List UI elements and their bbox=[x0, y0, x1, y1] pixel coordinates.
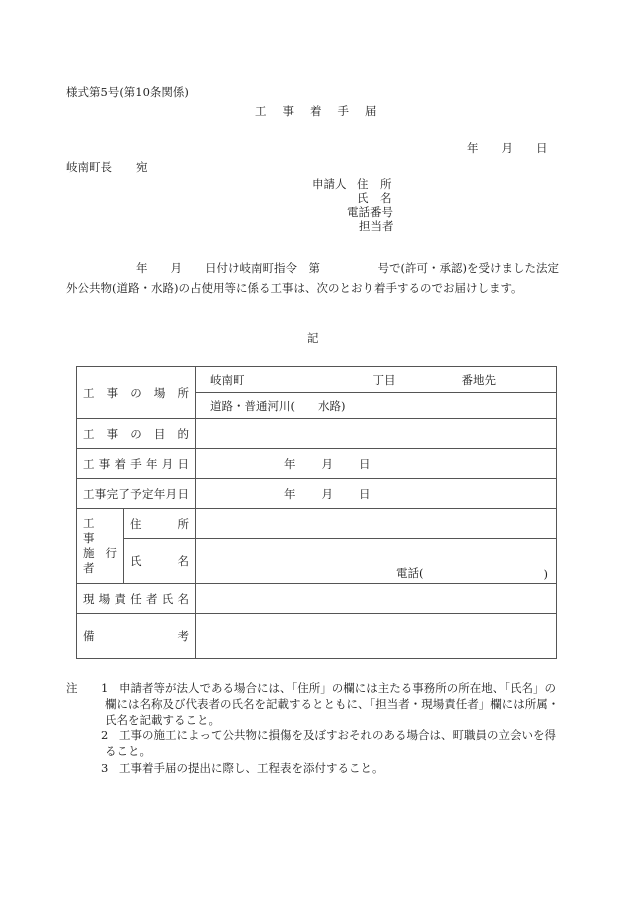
location-label-cell: 工事の場所 bbox=[77, 367, 196, 419]
contractor-name-label: 氏 名 bbox=[130, 553, 189, 569]
purpose-label-cell: 工事の目的 bbox=[77, 419, 196, 449]
contractor-address-label: 住 所 bbox=[130, 516, 189, 532]
contractor-address-input-cell[interactable] bbox=[196, 509, 557, 539]
end-date-label-cell: 工事完了予定年月日 bbox=[77, 479, 196, 509]
title-char: 工 bbox=[255, 106, 267, 118]
start-date-label-cell: 工事着手年月日 bbox=[77, 449, 196, 479]
remarks-label: 備考 bbox=[83, 628, 189, 644]
form-number: 様式第5号(第10条関係) bbox=[66, 87, 189, 99]
location-waterway-cell[interactable]: 道路・普通河川( 水路) bbox=[196, 393, 557, 419]
site-manager-label: 現場責任者氏名 bbox=[83, 591, 189, 607]
day-label: 日 bbox=[359, 487, 371, 501]
site-manager-label-cell: 現場責任者氏名 bbox=[77, 584, 196, 614]
year-label: 年 bbox=[284, 487, 296, 501]
note-text-1: 申請者等が法人である場合には、「住所」の欄には主たる事務所の所在地、「氏名」の欄… bbox=[105, 680, 560, 728]
remarks-input-cell[interactable] bbox=[196, 614, 557, 659]
contractor-label-line1: 工 事 bbox=[83, 516, 117, 546]
start-date-input-cell[interactable]: 年月日 bbox=[196, 449, 557, 479]
town-label: 岐南町 bbox=[210, 373, 245, 387]
banchi-label: 番地先 bbox=[462, 372, 497, 388]
location-label: 工事の場所 bbox=[83, 385, 189, 401]
title-char: 届 bbox=[365, 106, 377, 118]
remarks-label-cell: 備考 bbox=[77, 614, 196, 659]
ki-heading: 記 bbox=[307, 333, 319, 345]
site-manager-input-cell[interactable] bbox=[196, 584, 557, 614]
applicant-address-label[interactable]: 住 所 bbox=[357, 179, 392, 191]
month-label: 月 bbox=[502, 143, 514, 155]
purpose-label: 工事の目的 bbox=[83, 426, 189, 442]
day-label: 日 bbox=[359, 457, 371, 471]
year-label: 年 bbox=[284, 457, 296, 471]
end-date-input-cell[interactable]: 年月日 bbox=[196, 479, 557, 509]
month-label: 月 bbox=[322, 487, 334, 501]
submission-date[interactable]: 年月日 bbox=[467, 143, 548, 155]
addressee: 岐南町長宛 bbox=[66, 162, 148, 174]
construction-form-table: 工事の場所 岐南町 丁目 番地先 道路・普通河川( 水路) 工事の目的 工事着手… bbox=[76, 366, 557, 659]
contractor-label-line2: 施行者 bbox=[83, 546, 117, 576]
chome-label: 丁目 bbox=[373, 372, 396, 388]
contractor-name-label-cell: 氏 名 bbox=[124, 539, 196, 584]
addressee-name: 岐南町長 bbox=[66, 160, 112, 174]
applicant-heading: 申請人 bbox=[312, 179, 347, 191]
month-label: 月 bbox=[322, 457, 334, 471]
body-paragraph: 年 月 日付け岐南町指令 第 号で(許可・承認)を受けました法定外公共物(道路・… bbox=[66, 258, 563, 298]
title-char: 着 bbox=[310, 106, 322, 118]
contractor-name-input-cell[interactable]: 電話( ) bbox=[196, 539, 557, 584]
notes-prefix: 注 bbox=[66, 683, 78, 695]
applicant-contact-label[interactable]: 担当者 bbox=[359, 221, 394, 233]
document-title: 工事着手届 bbox=[255, 106, 377, 118]
phone-label: 電話( bbox=[396, 565, 424, 581]
title-char: 事 bbox=[283, 106, 295, 118]
applicant-name-label[interactable]: 氏 名 bbox=[357, 193, 392, 205]
phone-close: ) bbox=[544, 567, 549, 581]
addressee-suffix: 宛 bbox=[136, 162, 148, 174]
note-text-2: 工事の施工によって公共物に損傷を及ぼすおそれのある場合は、町職員の立会いを得るこ… bbox=[105, 727, 560, 759]
waterway-label: 道路・普通河川( 水路) bbox=[210, 399, 345, 413]
end-date-label: 工事完了予定年月日 bbox=[83, 486, 189, 502]
note-text-3: 工事着手届の提出に際し、工程表を添付すること。 bbox=[105, 760, 560, 776]
contractor-label-cell: 工 事 施行者 bbox=[77, 509, 124, 584]
contractor-address-label-cell: 住 所 bbox=[124, 509, 196, 539]
title-char: 手 bbox=[338, 106, 350, 118]
year-label: 年 bbox=[467, 143, 479, 155]
applicant-phone-label[interactable]: 電話番号 bbox=[347, 207, 393, 219]
location-address-cell[interactable]: 岐南町 丁目 番地先 bbox=[196, 367, 557, 393]
day-label: 日 bbox=[536, 143, 548, 155]
start-date-label: 工事着手年月日 bbox=[83, 456, 189, 472]
purpose-input-cell[interactable] bbox=[196, 419, 557, 449]
